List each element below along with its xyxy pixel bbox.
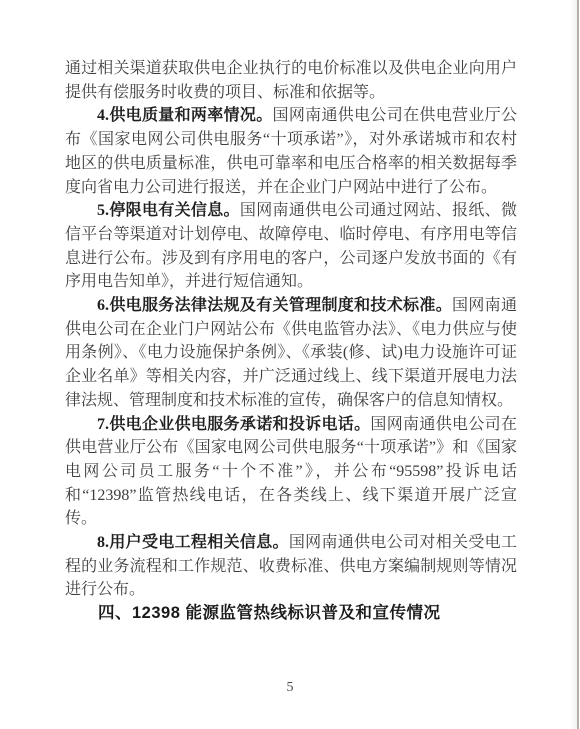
paragraph-item-4: 4.供电质量和两率情况。国网南通供电公司在供电营业厅公布《国家电网公司供电服务“… [65,104,517,199]
page-number: 5 [0,680,580,696]
paragraph-lead: 8.用户受电工程相关信息。 [97,534,289,551]
scan-edge-line [577,0,579,729]
paragraph-lead: 6.供电服务法律法规及有关管理制度和技术标准。 [97,297,452,314]
paragraph-text: 通过相关渠道获取供电企业执行的电价标准以及供电企业向用户提供有偿服务时收费的项目… [65,60,517,101]
paragraph-item-5: 5.停限电有关信息。国网南通供电公司通过网站、报纸、微信平台等渠道对计划停电、故… [65,199,517,294]
paragraph-item-7: 7.供电企业供电服务承诺和投诉电话。国网南通供电公司在供电营业厅公布《国家电网公… [65,413,517,532]
document-body: 通过相关渠道获取供电企业执行的电价标准以及供电企业向用户提供有偿服务时收费的项目… [65,57,517,626]
paragraph-lead: 5.停限电有关信息。 [97,202,240,219]
paragraph-continuation: 通过相关渠道获取供电企业执行的电价标准以及供电企业向用户提供有偿服务时收费的项目… [65,57,517,104]
paragraph-lead: 7.供电企业供电服务承诺和投诉电话。 [97,416,370,433]
paragraph-item-8: 8.用户受电工程相关信息。国网南通供电公司对相关受电工程的业务流程和工作规范、收… [65,531,517,602]
document-page: 通过相关渠道获取供电企业执行的电价标准以及供电企业向用户提供有偿服务时收费的项目… [0,0,580,729]
paragraph-item-6: 6.供电服务法律法规及有关管理制度和技术标准。国网南通供电公司在企业门户网站公布… [65,294,517,413]
scan-edge-shadow [570,0,577,729]
section-heading: 四、12398 能源监管热线标识普及和宣传情况 [65,602,517,626]
paragraph-lead: 4.供电质量和两率情况。 [97,107,273,124]
